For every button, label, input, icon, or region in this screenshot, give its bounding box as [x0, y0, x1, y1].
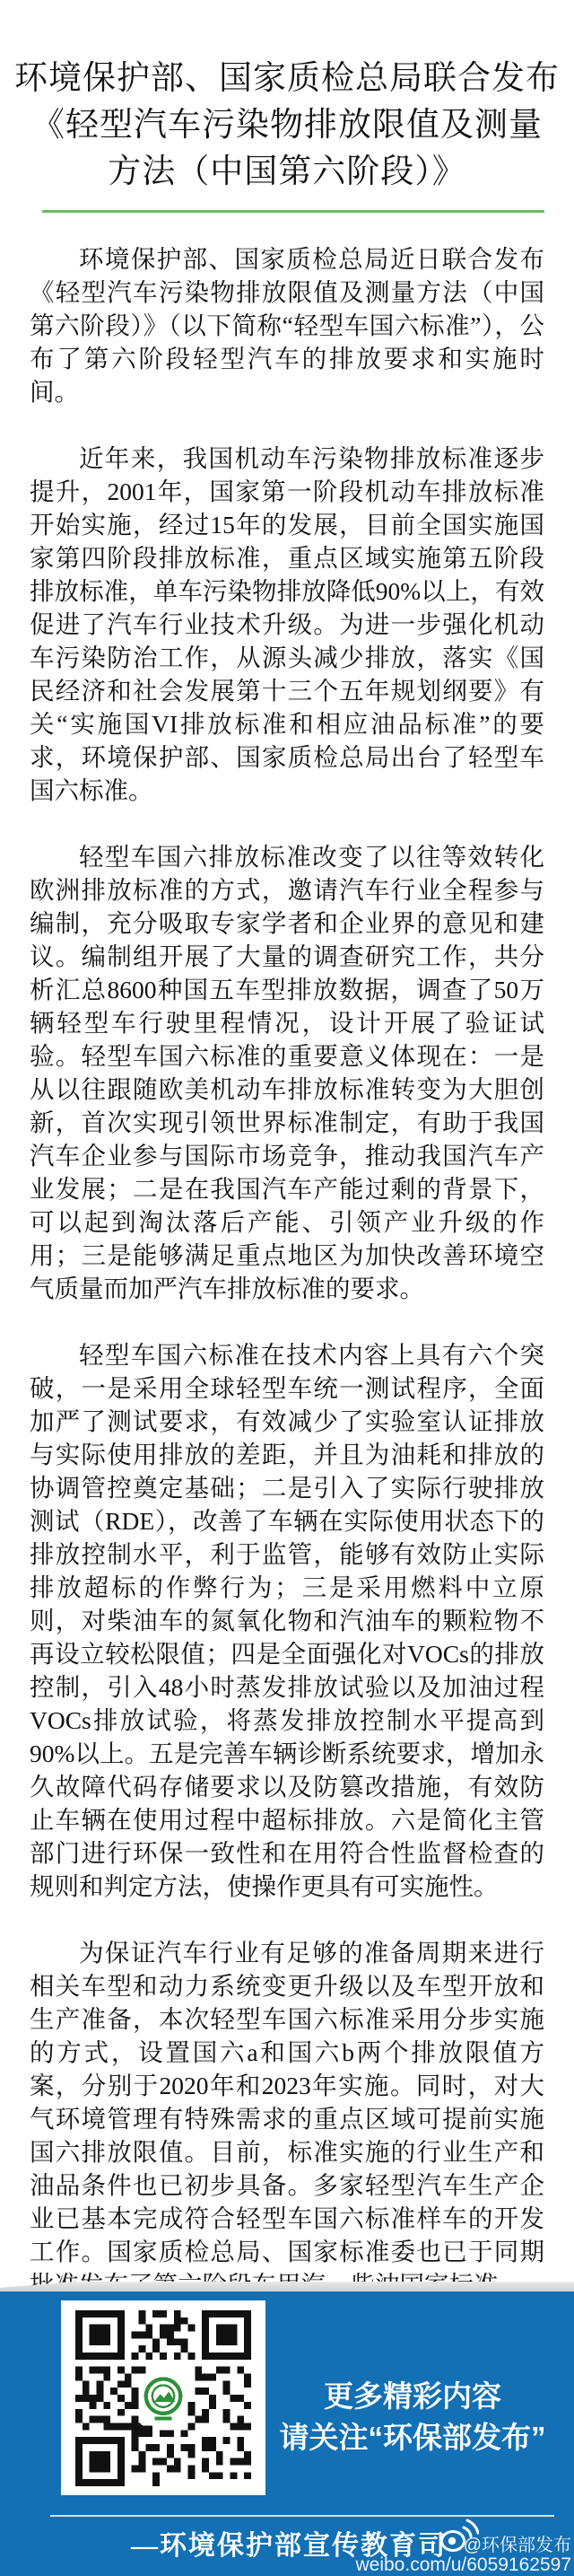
promo-line-2: 请关注“环保部发布” [256, 2417, 570, 2458]
title-line-2: 《轻型汽车污染物排放限值及测量 [0, 102, 574, 149]
qr-code-icon [75, 2310, 251, 2486]
promo-line-1: 更多精彩内容 [256, 2376, 570, 2417]
paragraph-breakthroughs: 轻型车国六标准在技术内容上具有六个突破，一是采用全球轻型车统一测试程序，全面加严… [30, 1338, 544, 1903]
footer-3d-edge [0, 2282, 574, 2291]
page-title: 环境保护部、国家质检总局联合发布 《轻型汽车污染物排放限值及测量 方法（中国第六… [0, 0, 574, 196]
weibo-account: @环保部发布 [355, 2536, 571, 2555]
paragraph-significance: 轻型车国六排放标准改变了以往等效转化欧洲排放标准的方式，邀请汽车行业全程参与编制… [30, 840, 544, 1305]
green-divider [42, 210, 544, 213]
weibo-info: @环保部发布 weibo.com/u/6059162597 [355, 2536, 571, 2575]
paragraph-intro: 环境保护部、国家质检总局近日联合发布《轻型汽车污染物排放限值及测量方法（中国第六… [30, 242, 544, 408]
qr-code [61, 2300, 265, 2495]
footer-banner: 更多精彩内容 请关注“环保部发布” —环境保护部宣传教育司 @环保部发布 wei… [0, 2291, 574, 2576]
follow-us-text: 更多精彩内容 请关注“环保部发布” [256, 2376, 570, 2458]
weibo-url[interactable]: weibo.com/u/6059162597 [355, 2555, 571, 2575]
paragraph-implementation: 为保证汽车行业有足够的准备周期来进行相关车型和动力系统变更升级以及车型开放和生产… [30, 1936, 544, 2301]
title-line-1: 环境保护部、国家质检总局联合发布 [0, 56, 574, 102]
ministry-emblem-icon [140, 2376, 187, 2426]
footer: 更多精彩内容 请关注“环保部发布” —环境保护部宣传教育司 @环保部发布 wei… [0, 2282, 574, 2576]
article-body: 环境保护部、国家质检总局近日联合发布《轻型汽车污染物排放限值及测量方法（中国第六… [0, 242, 574, 2467]
paragraph-background: 近年来，我国机动车污染物排放标准逐步提升，2001年，国家第一阶段机动车排放标准… [30, 442, 544, 807]
announcement-page: 环境保护部、国家质检总局联合发布 《轻型汽车污染物排放限值及测量 方法（中国第六… [0, 0, 574, 2576]
title-line-3: 方法（中国第六阶段）》 [0, 149, 574, 196]
